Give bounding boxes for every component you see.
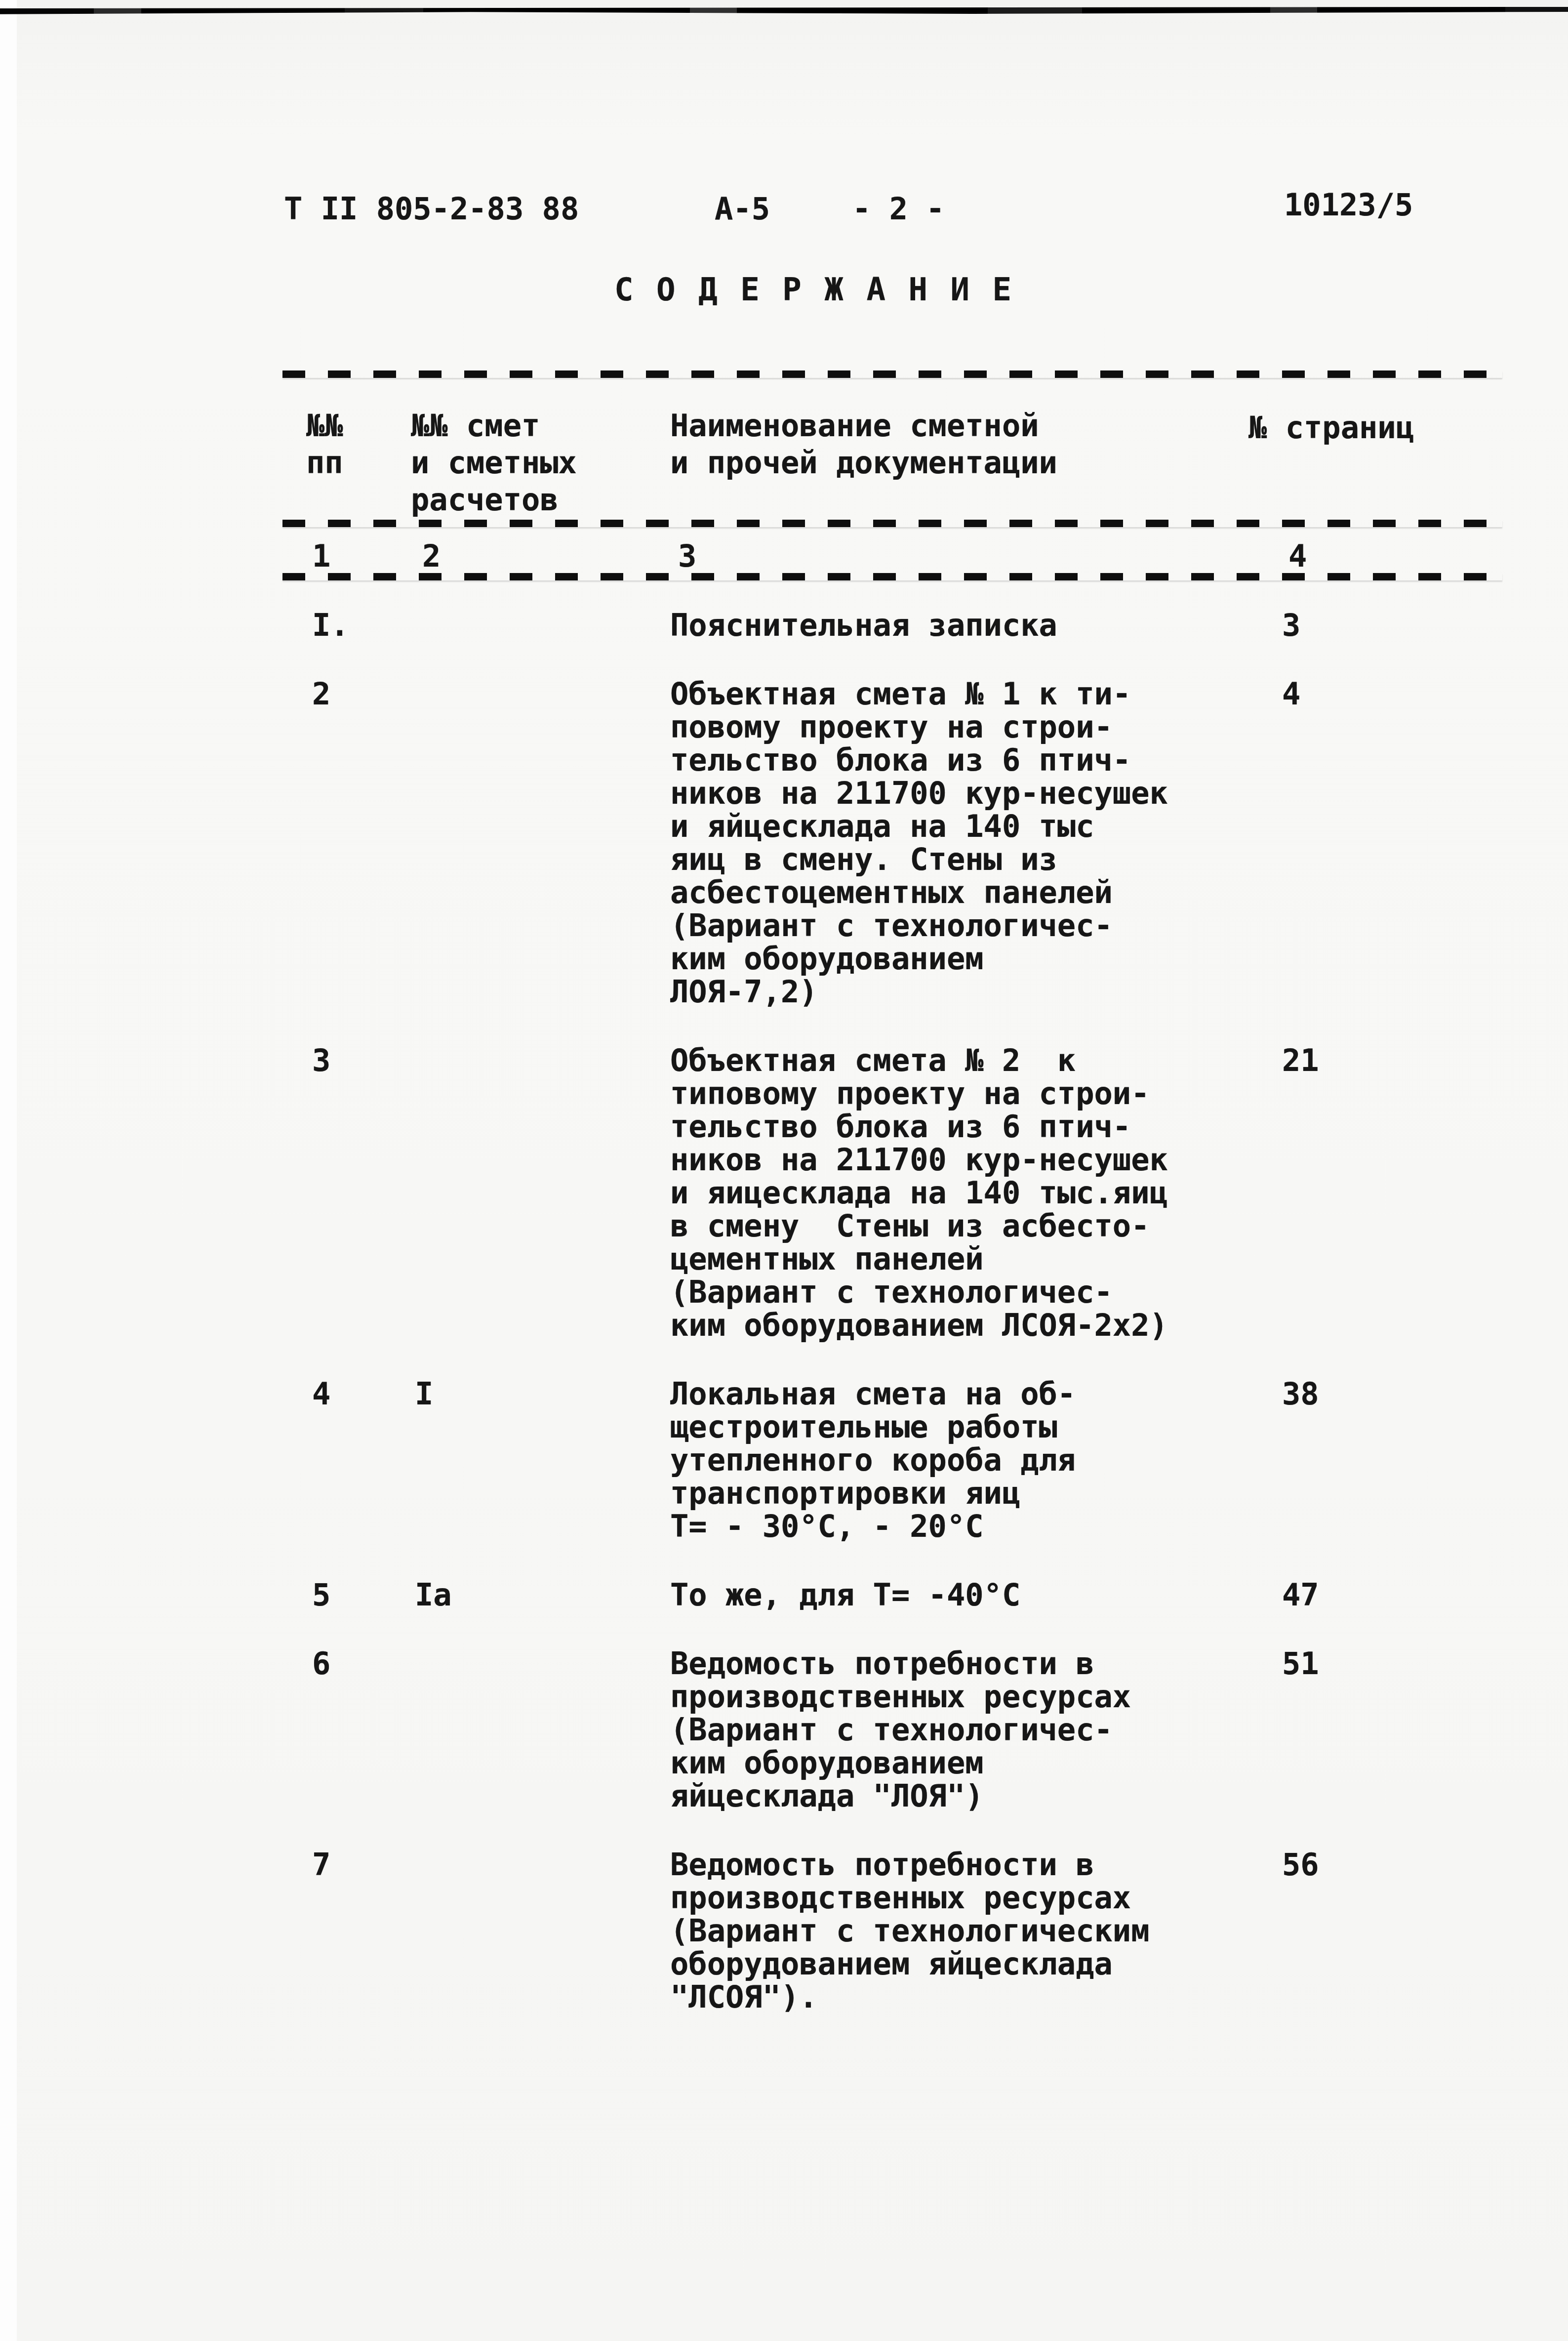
column-number-2: 2 — [422, 539, 441, 573]
row-name-line: Объектная смета № 1 к ти- — [670, 677, 1297, 710]
column-number-1: 1 — [312, 539, 330, 573]
row-name-line: транспортировки яиц — [670, 1477, 1297, 1510]
dashed-rule-top — [282, 370, 1502, 378]
col2-header-line2: и сметных — [411, 446, 577, 479]
document-page: Т II 805-2-83 88 А-5 - 2 - 10123/5 С О Д… — [0, 0, 1568, 2341]
row-name-line: (Вариант с технологическим — [670, 1914, 1297, 1947]
row-name-line: То же, для Т= -40°С — [670, 1578, 1297, 1611]
table-row: 3Объектная смета № 2 ктиповому проекту н… — [0, 1044, 1568, 1342]
page-title: С О Д Е Р Ж А Н И Е — [614, 272, 1013, 308]
row-name-line: тельство блока из 6 птич- — [670, 743, 1297, 777]
row-name: Пояснительная записка — [670, 609, 1297, 642]
toc-rows: I.Пояснительная записка32Объектная смета… — [0, 609, 1568, 2049]
row-name-line: Объектная смета № 2 к — [670, 1044, 1297, 1077]
col3-header-line1: Наименование сметной — [670, 409, 1039, 442]
row-name-line: (Вариант с технологичес- — [670, 1713, 1297, 1746]
row-number: 7 — [312, 1848, 330, 1881]
row-name-line: яйцесклада "ЛОЯ") — [670, 1779, 1297, 1812]
row-name-line: и яицесклада на 140 тыс.яиц — [670, 1176, 1297, 1209]
row-name-line: утепленного короба для — [670, 1443, 1297, 1477]
row-estimate-number: I — [415, 1377, 433, 1410]
doc-number: 10123/5 — [1284, 187, 1413, 223]
row-name-line: (Вариант с технологичес- — [670, 1275, 1297, 1309]
row-name-line: яиц в смену. Стены из — [670, 843, 1297, 876]
row-name-line: Локальная смета на об- — [670, 1377, 1297, 1410]
row-name-line: Пояснительная записка — [670, 609, 1297, 642]
row-name-line: ким оборудованием ЛСОЯ-2х2) — [670, 1309, 1297, 1342]
table-row: 5IаТо же, для Т= -40°С47 — [0, 1578, 1568, 1611]
col1-header-line2: пп — [306, 446, 343, 479]
row-page-number: 21 — [1282, 1044, 1376, 1342]
col4-header-line1: № страниц — [1248, 411, 1414, 444]
row-number: 4 — [312, 1377, 330, 1410]
table-row: 6Ведомость потребности впроизводственных… — [0, 1647, 1568, 1812]
row-name-line: и яйцесклада на 140 тыс — [670, 810, 1297, 843]
row-name-line: ким оборудованием — [670, 942, 1297, 975]
row-name-line: ким оборудованием — [670, 1746, 1297, 1779]
col1-header-line1: №№ — [306, 409, 343, 442]
row-page-number: 56 — [1282, 1848, 1376, 2013]
col3-header-line2: и прочей документации — [670, 446, 1057, 479]
row-number: 3 — [312, 1044, 330, 1077]
row-name-line: повому проекту на строи- — [670, 710, 1297, 743]
row-name: Ведомость потребности впроизводственных … — [670, 1647, 1297, 1812]
row-name-line: щестроительные работы — [670, 1410, 1297, 1443]
row-page-number: 4 — [1282, 677, 1376, 1008]
row-name-line: Ведомость потребности в — [670, 1848, 1297, 1881]
row-page-number: 47 — [1282, 1578, 1376, 1611]
row-name-line: производственных ресурсах — [670, 1881, 1297, 1914]
col2-header-line1: №№ смет — [411, 409, 540, 442]
row-name-line: "ЛСОЯ"). — [670, 1980, 1297, 2013]
row-page-number: 51 — [1282, 1647, 1376, 1812]
row-name-line: в смену Стены из асбесто- — [670, 1209, 1297, 1242]
scan-artifact-line — [0, 7, 1568, 15]
dashed-rule-under-header — [282, 520, 1502, 527]
row-name-line: типовому проекту на строи- — [670, 1077, 1297, 1110]
row-number: 2 — [312, 677, 330, 710]
row-name: Объектная смета № 2 ктиповому проекту на… — [670, 1044, 1297, 1342]
table-row: 2Объектная смета № 1 к ти-повому проекту… — [0, 677, 1568, 1008]
column-number-4: 4 — [1288, 539, 1307, 573]
row-name-line: Т= - 30°С, - 20°С — [670, 1510, 1297, 1543]
row-name-line: цементных панелей — [670, 1242, 1297, 1275]
row-name: Объектная смета № 1 к ти-повому проекту … — [670, 677, 1297, 1008]
row-name-line: ников на 211700 кур-несушек — [670, 777, 1297, 810]
page-marker: - 2 - — [852, 191, 945, 227]
format-code: А-5 — [715, 191, 770, 227]
row-number: I. — [312, 609, 349, 642]
col2-header-line3: расчетов — [411, 483, 559, 516]
row-name: Локальная смета на об-щестроительные раб… — [670, 1377, 1297, 1543]
row-page-number: 3 — [1282, 609, 1376, 642]
row-name-line: асбестоцементных панелей — [670, 876, 1297, 909]
row-name-line: тельство блока из 6 птич- — [670, 1110, 1297, 1143]
dashed-rule-under-colnums — [282, 573, 1502, 580]
table-row: 7Ведомость потребности впроизводственных… — [0, 1848, 1568, 2013]
row-name: Ведомость потребности впроизводственных … — [670, 1848, 1297, 2013]
row-name: То же, для Т= -40°С — [670, 1578, 1297, 1611]
row-name-line: производственных ресурсах — [670, 1680, 1297, 1713]
row-page-number: 38 — [1282, 1377, 1376, 1543]
row-name-line: ников на 211700 кур-несушек — [670, 1143, 1297, 1176]
table-row: 4IЛокальная смета на об-щестроительные р… — [0, 1377, 1568, 1543]
row-number: 5 — [312, 1578, 330, 1611]
row-estimate-number: Iа — [415, 1578, 452, 1611]
table-row: I.Пояснительная записка3 — [0, 609, 1568, 642]
row-name-line: Ведомость потребности в — [670, 1647, 1297, 1680]
column-number-3: 3 — [678, 539, 696, 573]
row-name-line: оборудованием яйцесклада — [670, 1947, 1297, 1980]
row-name-line: ЛОЯ-7,2) — [670, 975, 1297, 1008]
row-name-line: (Вариант с технологичес- — [670, 909, 1297, 942]
doc-code: Т II 805-2-83 88 — [284, 191, 579, 227]
row-number: 6 — [312, 1647, 330, 1680]
